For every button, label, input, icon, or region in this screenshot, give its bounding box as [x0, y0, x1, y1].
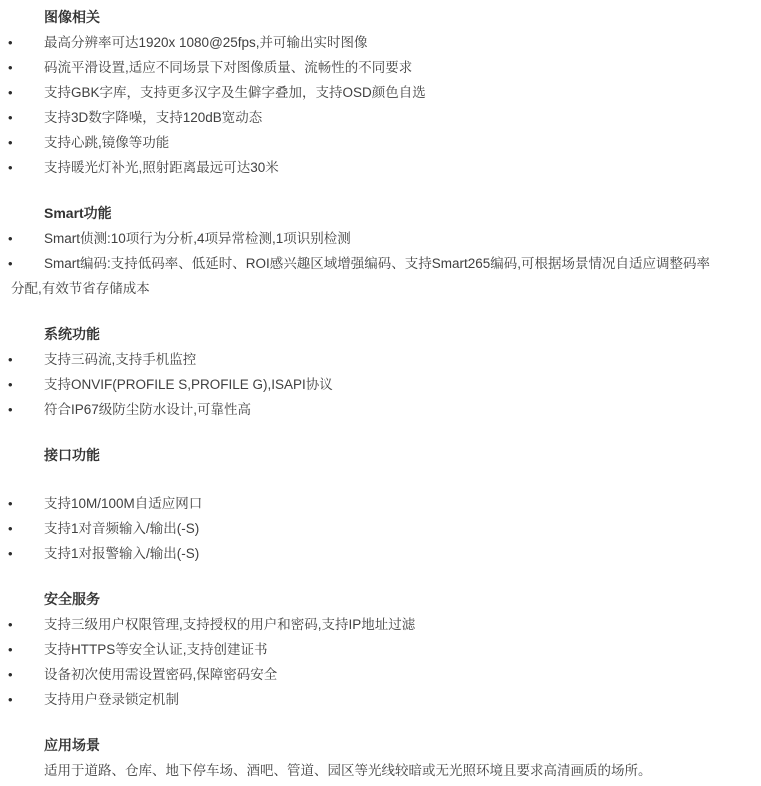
spec-item: •支持3D数字降噪，支持120dB宽动态 [11, 105, 721, 130]
section-smart-features: Smart功能 •Smart侦测:10项行为分析,4项异常检测,1项识别检测 •… [0, 201, 721, 301]
bullet-icon: • [8, 612, 13, 637]
spec-item: •Smart侦测:10项行为分析,4项异常检测,1项识别检测 [11, 226, 721, 251]
spec-item-text: 码流平滑设置,适应不同场景下对图像质量、流畅性的不同要求 [44, 60, 412, 75]
spec-list-smart-features: •Smart侦测:10项行为分析,4项异常检测,1项识别检测 •Smart编码:… [0, 226, 721, 301]
spec-item: •支持10M/100M自适应网口 [11, 491, 721, 516]
section-system-features: 系统功能 •支持三码流,支持手机监控 •支持ONVIF(PROFILE S,PR… [0, 322, 721, 422]
section-application-scenarios: 应用场景 适用于道路、仓库、地下停车场、酒吧、管道、园区等光线较暗或无光照环境且… [0, 733, 721, 783]
spec-item-text: 支持心跳,镜像等功能 [44, 135, 169, 150]
spec-item-text: 支持1对报警输入/输出(-S) [44, 546, 199, 561]
bullet-icon: • [8, 155, 13, 180]
bullet-icon: • [8, 80, 13, 105]
bullet-icon: • [8, 637, 13, 662]
spec-item: •码流平滑设置,适应不同场景下对图像质量、流畅性的不同要求 [11, 55, 721, 80]
spec-item: •支持1对报警输入/输出(-S) [11, 541, 721, 566]
section-title-interface-features: 接口功能 [44, 443, 721, 468]
spec-item-text: 支持HTTPS等安全认证,支持创建证书 [44, 642, 268, 657]
spec-item-text: 支持三级用户权限管理,支持授权的用户和密码,支持IP地址过滤 [44, 617, 415, 632]
section-interface-features: 接口功能 •支持10M/100M自适应网口 •支持1对音频输入/输出(-S) •… [0, 443, 721, 566]
bullet-icon: • [8, 687, 13, 712]
spec-item-text: 支持ONVIF(PROFILE S,PROFILE G),ISAPI协议 [44, 377, 333, 392]
section-security-services: 安全服务 •支持三级用户权限管理,支持授权的用户和密码,支持IP地址过滤 •支持… [0, 587, 721, 712]
spec-list-security-services: •支持三级用户权限管理,支持授权的用户和密码,支持IP地址过滤 •支持HTTPS… [0, 612, 721, 712]
spec-list-system-features: •支持三码流,支持手机监控 •支持ONVIF(PROFILE S,PROFILE… [0, 347, 721, 422]
spec-item: •支持心跳,镜像等功能 [11, 130, 721, 155]
bullet-icon: • [8, 541, 13, 566]
bullet-icon: • [8, 491, 13, 516]
section-title-image-features: 图像相关 [44, 5, 721, 30]
section-title-smart-features: Smart功能 [44, 201, 721, 226]
spec-item: •最高分辨率可达1920x 1080@25fps,并可输出实时图像 [11, 30, 721, 55]
section-title-security-services: 安全服务 [44, 587, 721, 612]
spec-item-text: 支持1对音频输入/输出(-S) [44, 521, 199, 536]
spec-item: •支持三级用户权限管理,支持授权的用户和密码,支持IP地址过滤 [11, 612, 721, 637]
spec-item: •符合IP67级防尘防水设计,可靠性高 [11, 397, 721, 422]
spec-item-text: Smart侦测:10项行为分析,4项异常检测,1项识别检测 [44, 231, 351, 246]
spec-item: •支持暖光灯补光,照射距离最远可达30米 [11, 155, 721, 180]
bullet-icon: • [8, 662, 13, 687]
spec-item: •支持1对音频输入/输出(-S) [11, 516, 721, 541]
spec-item-text: Smart编码:支持低码率、低延时、ROI感兴趣区域增强编码、支持Smart26… [11, 256, 710, 296]
spec-item: •设备初次使用需设置密码,保障密码安全 [11, 662, 721, 687]
bullet-icon: • [8, 397, 13, 422]
spec-item: •支持ONVIF(PROFILE S,PROFILE G),ISAPI协议 [11, 372, 721, 397]
bullet-icon: • [8, 372, 13, 397]
section-title-application-scenarios: 应用场景 [44, 733, 721, 758]
bullet-icon: • [8, 516, 13, 541]
spec-item-text: 支持GBK字库，支持更多汉字及生僻字叠加，支持OSD颜色自选 [44, 85, 426, 100]
spec-item-text: 最高分辨率可达1920x 1080@25fps,并可输出实时图像 [44, 35, 368, 50]
application-scenarios-text: 适用于道路、仓库、地下停车场、酒吧、管道、园区等光线较暗或无光照环境且要求高清画… [44, 758, 721, 783]
section-image-features: 图像相关 •最高分辨率可达1920x 1080@25fps,并可输出实时图像 •… [0, 5, 721, 180]
spec-item-text: 支持暖光灯补光,照射距离最远可达30米 [44, 160, 279, 175]
bullet-icon: • [8, 347, 13, 372]
bullet-icon: • [8, 130, 13, 155]
bullet-icon: • [8, 55, 13, 80]
spec-list-image-features: •最高分辨率可达1920x 1080@25fps,并可输出实时图像 •码流平滑设… [0, 30, 721, 180]
spec-item: •支持GBK字库，支持更多汉字及生僻字叠加，支持OSD颜色自选 [11, 80, 721, 105]
spec-document: 图像相关 •最高分辨率可达1920x 1080@25fps,并可输出实时图像 •… [0, 0, 761, 786]
spec-item-text: 设备初次使用需设置密码,保障密码安全 [44, 667, 277, 682]
bullet-icon: • [8, 226, 13, 251]
spec-item: •支持三码流,支持手机监控 [11, 347, 721, 372]
spec-item-text: 支持用户登录锁定机制 [44, 692, 179, 707]
bullet-icon: • [8, 251, 13, 276]
spec-item-text: 支持3D数字降噪，支持120dB宽动态 [44, 110, 262, 125]
spec-item-text: 支持三码流,支持手机监控 [44, 352, 196, 367]
spec-item: •Smart编码:支持低码率、低延时、ROI感兴趣区域增强编码、支持Smart2… [11, 251, 721, 301]
bullet-icon: • [8, 105, 13, 130]
spec-list-interface-features: •支持10M/100M自适应网口 •支持1对音频输入/输出(-S) •支持1对报… [0, 491, 721, 566]
spec-item-text: 支持10M/100M自适应网口 [44, 496, 202, 511]
spec-item: •支持用户登录锁定机制 [11, 687, 721, 712]
spec-item: •支持HTTPS等安全认证,支持创建证书 [11, 637, 721, 662]
bullet-icon: • [8, 30, 13, 55]
section-title-system-features: 系统功能 [44, 322, 721, 347]
spec-item-text: 符合IP67级防尘防水设计,可靠性高 [44, 402, 251, 417]
